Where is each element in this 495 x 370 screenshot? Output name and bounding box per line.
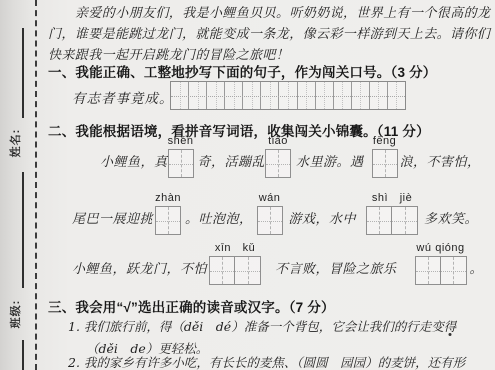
pinyin-box-zhan: zhàn xyxy=(155,192,181,235)
pinyin-row-2: 尾巴一展迎挑 zhàn 。吐泡泡， wán 游戏，水中 shì jiè 多欢笑。 xyxy=(48,192,478,235)
intro-line-2: 门，谁要是能跳过龙门，就能变成一条龙，像云彩一样游到天上去。请你们 xyxy=(48,24,492,45)
pinyin-label-pair: wú qióng xyxy=(415,242,467,256)
margin-write-line xyxy=(22,340,24,370)
tianzige-cell xyxy=(265,149,291,178)
name-write-line xyxy=(22,28,24,118)
pinyin-row-1: 小鲤鱼，真 shén 奇，活蹦乱 tiào 水里游。遇 fēng 浪，不害怕， xyxy=(48,135,481,178)
pinyin-label: kǔ xyxy=(243,242,256,256)
tianzige-grid xyxy=(257,206,283,235)
pinyin-box-shen: shén xyxy=(168,135,194,178)
copy-grid-cell xyxy=(261,82,279,109)
name-label: 姓名: xyxy=(7,129,23,158)
pinyin-box-shijie: shì jiè xyxy=(366,192,418,235)
copy-grid-cell xyxy=(370,82,388,109)
row1-text-4: 浪，不害怕， xyxy=(400,151,481,178)
pinyin-label: tiào xyxy=(268,135,288,149)
tianzige-cell xyxy=(168,149,194,178)
section3-item-2: 2. 我的家乡有许多小吃，有长长的麦焦、（圆圆 园园）的麦饼，还有形 xyxy=(68,352,493,370)
tianzige-cell xyxy=(155,206,181,235)
pinyin-row-3: 小鲤鱼，跃龙门，不怕 xīn kǔ 不言败，冒险之旅乐 wú qióng 。 xyxy=(48,242,483,285)
row2-text-3: 游戏，水中 xyxy=(289,208,357,235)
tianzige-grid xyxy=(366,206,418,235)
class-label: 班级: xyxy=(7,300,23,329)
row2-text-1: 尾巴一展迎挑 xyxy=(72,208,153,235)
seal-dashed-line xyxy=(35,0,37,370)
section3-title: 三、我会用“√”选出正确的读音或汉字。（7 分） xyxy=(48,296,335,316)
tianzige-cell xyxy=(235,256,261,285)
tianzige-cell xyxy=(372,149,398,178)
pinyin-label: wán xyxy=(259,192,281,206)
pinyin-label-pair: xīn kǔ xyxy=(209,242,261,256)
copy-grid-cell xyxy=(334,82,352,109)
pinyin-label: shì xyxy=(372,192,388,206)
pinyin-label: shén xyxy=(168,135,194,149)
copy-grid-cell xyxy=(316,82,334,109)
tianzige-cell xyxy=(415,256,441,285)
row3-text-3: 。 xyxy=(470,258,484,285)
tianzige-grid xyxy=(265,149,291,178)
copy-grid-cell xyxy=(189,82,207,109)
class-write-line xyxy=(22,172,24,288)
copy-grid-cell xyxy=(243,82,261,109)
pinyin-box-xinku: xīn kǔ xyxy=(209,242,261,285)
pinyin-label: xīn xyxy=(215,242,231,256)
intro-line-1: 亲爱的小朋友们，我是小鲤鱼贝贝。听奶奶说，世界上有一个很高的龙 xyxy=(48,3,492,24)
intro-paragraph: 亲爱的小朋友们，我是小鲤鱼贝贝。听奶奶说，世界上有一个很高的龙 门，谁要是能跳过… xyxy=(48,3,492,66)
item1-emphasized-char: 得 xyxy=(444,319,457,334)
row1-text-2: 奇，活蹦乱 xyxy=(198,151,266,178)
copy-grid-cell xyxy=(207,82,225,109)
copy-grid-cell xyxy=(352,82,370,109)
row2-text-2: 。吐泡泡， xyxy=(185,208,253,235)
pinyin-box-wuqiong: wú qióng xyxy=(415,242,467,285)
row3-text-2: 不言败，冒险之旅乐 xyxy=(275,258,397,285)
copy-grid-cell xyxy=(279,82,297,109)
tianzige-grid xyxy=(372,149,398,178)
scanned-exam-page: 姓名: 班级: 亲爱的小朋友们，我是小鲤鱼贝贝。听奶奶说，世界上有一个很高的龙 … xyxy=(0,0,495,370)
pinyin-label: wú xyxy=(416,242,431,256)
copy-grid-cell xyxy=(171,82,189,109)
tianzige-grid xyxy=(209,256,261,285)
section1-title: 一、我能正确、工整地抄写下面的句子，作为闯关口号。（3 分） xyxy=(48,61,437,81)
pinyin-box-tiao: tiào xyxy=(265,135,291,178)
pinyin-label-pair: shì jiè xyxy=(366,192,418,206)
item2-line: 2. 我的家乡有许多小吃，有长长的麦焦、（圆圆 园园）的麦饼，还有形 xyxy=(68,352,493,370)
row3-text-1: 小鲤鱼，跃龙门，不怕 xyxy=(72,258,207,285)
pinyin-box-wan: wán xyxy=(257,192,283,235)
item1-line-1: 1. 我们旅行前，得（děi dé）准备一个背包，它会让我们的行走变得 xyxy=(68,316,493,338)
row1-text-1: 小鲤鱼，真 xyxy=(100,151,168,178)
copy-grid-cell xyxy=(298,82,316,109)
tianzige-cell xyxy=(209,256,235,285)
tianzige-cell xyxy=(392,206,418,235)
pinyin-label: zhàn xyxy=(155,192,181,206)
tianzige-grid xyxy=(168,149,194,178)
tianzige-cell xyxy=(257,206,283,235)
tianzige-cell xyxy=(441,256,467,285)
copy-grid-cell xyxy=(388,82,405,109)
pinyin-label: jiè xyxy=(400,192,413,206)
copy-grid xyxy=(170,81,406,110)
pinyin-label: fēng xyxy=(373,135,396,149)
tianzige-cell xyxy=(366,206,392,235)
copy-grid-cell xyxy=(225,82,243,109)
pinyin-label: qióng xyxy=(435,242,464,256)
row2-text-4: 多欢笑。 xyxy=(424,208,478,235)
pinyin-box-feng: fēng xyxy=(372,135,398,178)
item1-line1-text: 1. 我们旅行前，得（děi dé）准备一个背包，它会让我们的行走变 xyxy=(68,319,444,334)
section1-sentence: 有志者事竟成。 xyxy=(72,87,174,107)
row1-text-3: 水里游。遇 xyxy=(296,151,364,178)
tianzige-grid xyxy=(415,256,467,285)
tianzige-grid xyxy=(155,206,181,235)
